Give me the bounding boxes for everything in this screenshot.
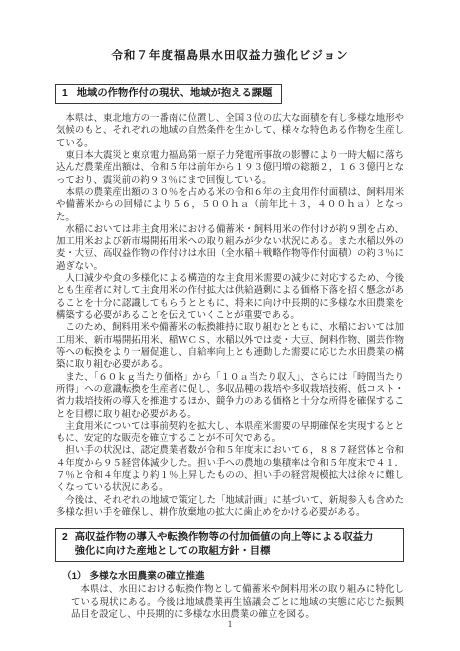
section1-number: 1 [62, 87, 68, 100]
body-paragraph: このため、飼料用米や備蓄米の転換維持に取り組むとともに、水稲においては加工用米、… [56, 322, 404, 371]
section2-heading-box: 2 高収益作物の導入や転換作物等の付加価値の向上等による収益力 強化に向けた産地… [55, 528, 404, 562]
body-paragraph: 人口減少や食の多様化による構造的な主食用米需要の減少に対応するため、今後とも生産… [56, 273, 404, 322]
section1-heading-label: 地域の作物作付の現状、地域が抱える課題 [77, 87, 273, 100]
section2-heading-label: 高収益作物の導入や転換作物等の付加価値の向上等による収益力 強化に向けた産地とし… [75, 531, 374, 558]
section2-heading-line1: 高収益作物の導入や転換作物等の付加価値の向上等による収益力 [75, 532, 374, 543]
section2-number: 2 [62, 531, 68, 545]
subsection1-number: （1） [62, 571, 87, 583]
body-paragraph: 本県の農業産出額の３０％を占める米の令和６年の主食用作付面積は、飼料用米や備蓄米… [56, 187, 404, 224]
subsection1-body: 本県は、水田における転換作物として備蓄米や飼料用米の取り組みに特化している現状に… [71, 584, 404, 621]
body-paragraph: 東日本大震災と東京電力福島第一原子力発電所事故の影響により一時大幅に落ち込んだ農… [56, 150, 404, 187]
document-page: 令和７年度福島県水田収益力強化ビジョン 1 地域の作物作付の現状、地域が抱える課… [0, 0, 460, 651]
section2-heading-line2: 強化に向けた産地としての取組方針・目標 [75, 546, 271, 557]
page-number: 1 [0, 619, 460, 629]
body-paragraph: 主食用米については事前契約を拡大し、本県産米需要の早期確保を実現するとともに、安… [56, 421, 404, 446]
body-paragraph: また、「６０ｋｇ当たり価格」から「１０ａ当たり収入」、さらには「時間当たり所得」… [56, 372, 404, 421]
body-paragraph: 本県は、東北地方の一番南に位置し、全国３位の広大な面積を有し多様な地形や気候のも… [56, 113, 404, 150]
subsection1-heading: （1） 多様な水田農業の確立推進 [62, 571, 404, 583]
body-paragraph: 担い手の状況は、認定農業者数が令和５年度末において６，８８７経営体と令和４年度か… [56, 445, 404, 494]
page-title: 令和７年度福島県水田収益力強化ビジョン [0, 0, 460, 63]
section1-heading-box: 1 地域の作物作付の現状、地域が抱える課題 [55, 84, 282, 104]
section1-body: 本県は、東北地方の一番南に位置し、全国３位の広大な面積を有し多様な地形や気候のも… [56, 113, 404, 519]
body-paragraph: 水稲においては非主食用米における備蓄米・飼料用米の作付けが約９割を占め、加工用米… [56, 224, 404, 273]
subsection1-heading-label: 多様な水田農業の確立推進 [90, 571, 205, 583]
body-paragraph: 今後は、それぞれの地域で策定した「地域計画」に基づいて、新規参入も含めた多様な担… [56, 495, 404, 520]
body-paragraph: 本県は、水田における転換作物として備蓄米や飼料用米の取り組みに特化している現状に… [71, 584, 404, 621]
